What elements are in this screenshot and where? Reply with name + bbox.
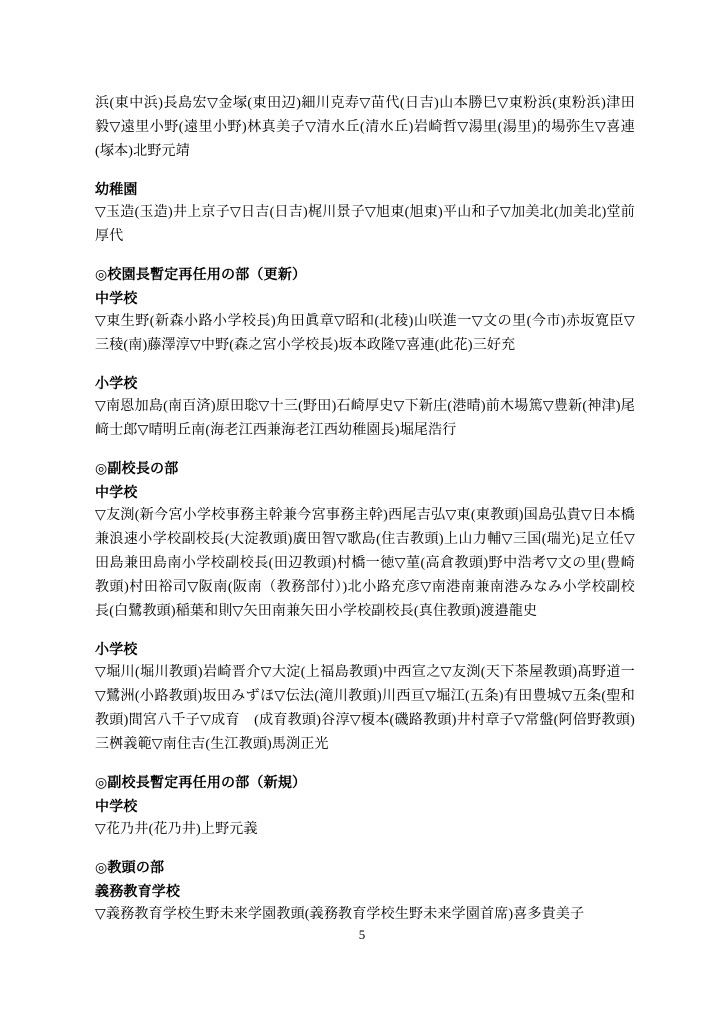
personnel-paragraph: ▽義務教育学校生野未来学園教頭(義務教育学校生野未来学園首席)喜多貴美子 xyxy=(95,903,635,927)
subsection-heading: 小学校 xyxy=(95,637,635,661)
personnel-paragraph: ▽友渕(新今宮小学校事務主幹兼今宮事務主幹)西尾吉弘▽東(東教頭)国島弘貴▽日本… xyxy=(95,504,635,624)
subsection-heading: 中学校 xyxy=(95,480,635,504)
section-head-teacher: ◎教頭の部 義務教育学校 ▽義務教育学校生野未来学園教頭(義務教育学校生野未来学… xyxy=(95,855,635,927)
continued-personnel-paragraph: 浜(東中浜)長島宏▽金塚(東田辺)細川克寿▽苗代(日吉)山本勝巳▽東粉浜(東粉浜… xyxy=(95,92,635,164)
section-heading: ◎副校長暫定再任用の部（新規） xyxy=(95,770,635,794)
document-content: 浜(東中浜)長島宏▽金塚(東田辺)細川克寿▽苗代(日吉)山本勝巳▽東粉浜(東粉浜… xyxy=(95,92,635,927)
page-number: 5 xyxy=(0,927,724,943)
section-heading: ◎校園長暫定再任用の部（更新） xyxy=(95,262,635,286)
personnel-paragraph: ▽花乃井(花乃井)上野元義 xyxy=(95,818,635,842)
personnel-paragraph: ▽堀川(堀川教頭)岩崎晋介▽大淀(上福島教頭)中西宣之▽友渕(天下茶屋教頭)髙野… xyxy=(95,661,635,757)
subsection-heading: 中学校 xyxy=(95,794,635,818)
section-vice-principal: ◎副校長の部 中学校 ▽友渕(新今宮小学校事務主幹兼今宮事務主幹)西尾吉弘▽東(… xyxy=(95,456,635,624)
personnel-paragraph: ▽南恩加島(南百済)原田聡▽十三(野田)石崎厚史▽下新庄(港晴)前木場篤▽豊新(… xyxy=(95,395,635,443)
section-heading: ◎副校長の部 xyxy=(95,456,635,480)
section-elementary-school-2: 小学校 ▽堀川(堀川教頭)岩崎晋介▽大淀(上福島教頭)中西宣之▽友渕(天下茶屋教… xyxy=(95,637,635,757)
personnel-paragraph: ▽玉造(玉造)井上京子▽日吉(日吉)梶川景子▽旭東(旭東)平山和子▽加美北(加美… xyxy=(95,201,635,249)
section-heading: ◎教頭の部 xyxy=(95,855,635,879)
subsection-heading: 小学校 xyxy=(95,371,635,395)
subsection-heading: 義務教育学校 xyxy=(95,879,635,903)
section-vice-principal-reappointment-new: ◎副校長暫定再任用の部（新規） 中学校 ▽花乃井(花乃井)上野元義 xyxy=(95,770,635,842)
section-principal-reappointment-renewal: ◎校園長暫定再任用の部（更新） 中学校 ▽東生野(新森小路小学校長)角田眞章▽昭… xyxy=(95,262,635,358)
subsection-heading: 中学校 xyxy=(95,286,635,310)
section-kindergarten: 幼稚園 ▽玉造(玉造)井上京子▽日吉(日吉)梶川景子▽旭東(旭東)平山和子▽加美… xyxy=(95,177,635,249)
section-elementary-school: 小学校 ▽南恩加島(南百済)原田聡▽十三(野田)石崎厚史▽下新庄(港晴)前木場篤… xyxy=(95,371,635,443)
document-page: 浜(東中浜)長島宏▽金塚(東田辺)細川克寿▽苗代(日吉)山本勝巳▽東粉浜(東粉浜… xyxy=(0,0,724,1024)
personnel-paragraph: ▽東生野(新森小路小学校長)角田眞章▽昭和(北稜)山咲進一▽文の里(今市)赤坂寛… xyxy=(95,310,635,358)
subsection-heading: 幼稚園 xyxy=(95,177,635,201)
